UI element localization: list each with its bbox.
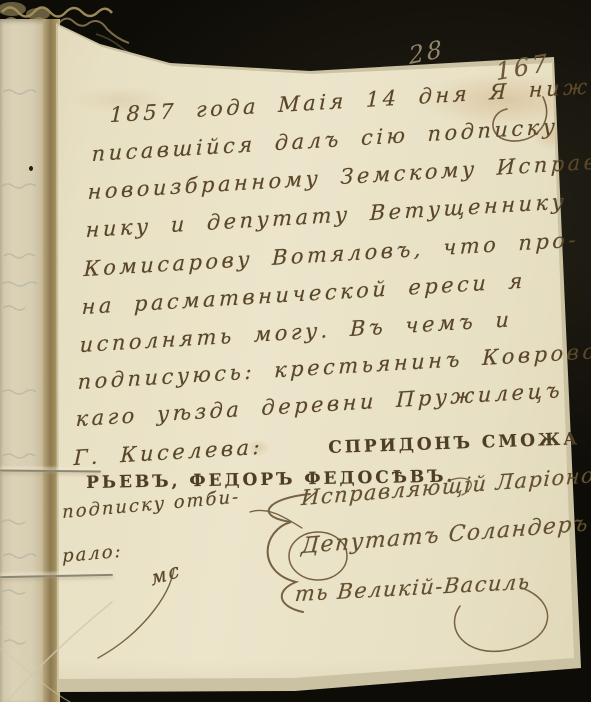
manuscript-photo: 28 167 1857 года Маія 14 дня Я нижепод- … — [0, 0, 591, 702]
previous-pages-edge — [0, 19, 46, 702]
ink-speck — [29, 166, 33, 171]
